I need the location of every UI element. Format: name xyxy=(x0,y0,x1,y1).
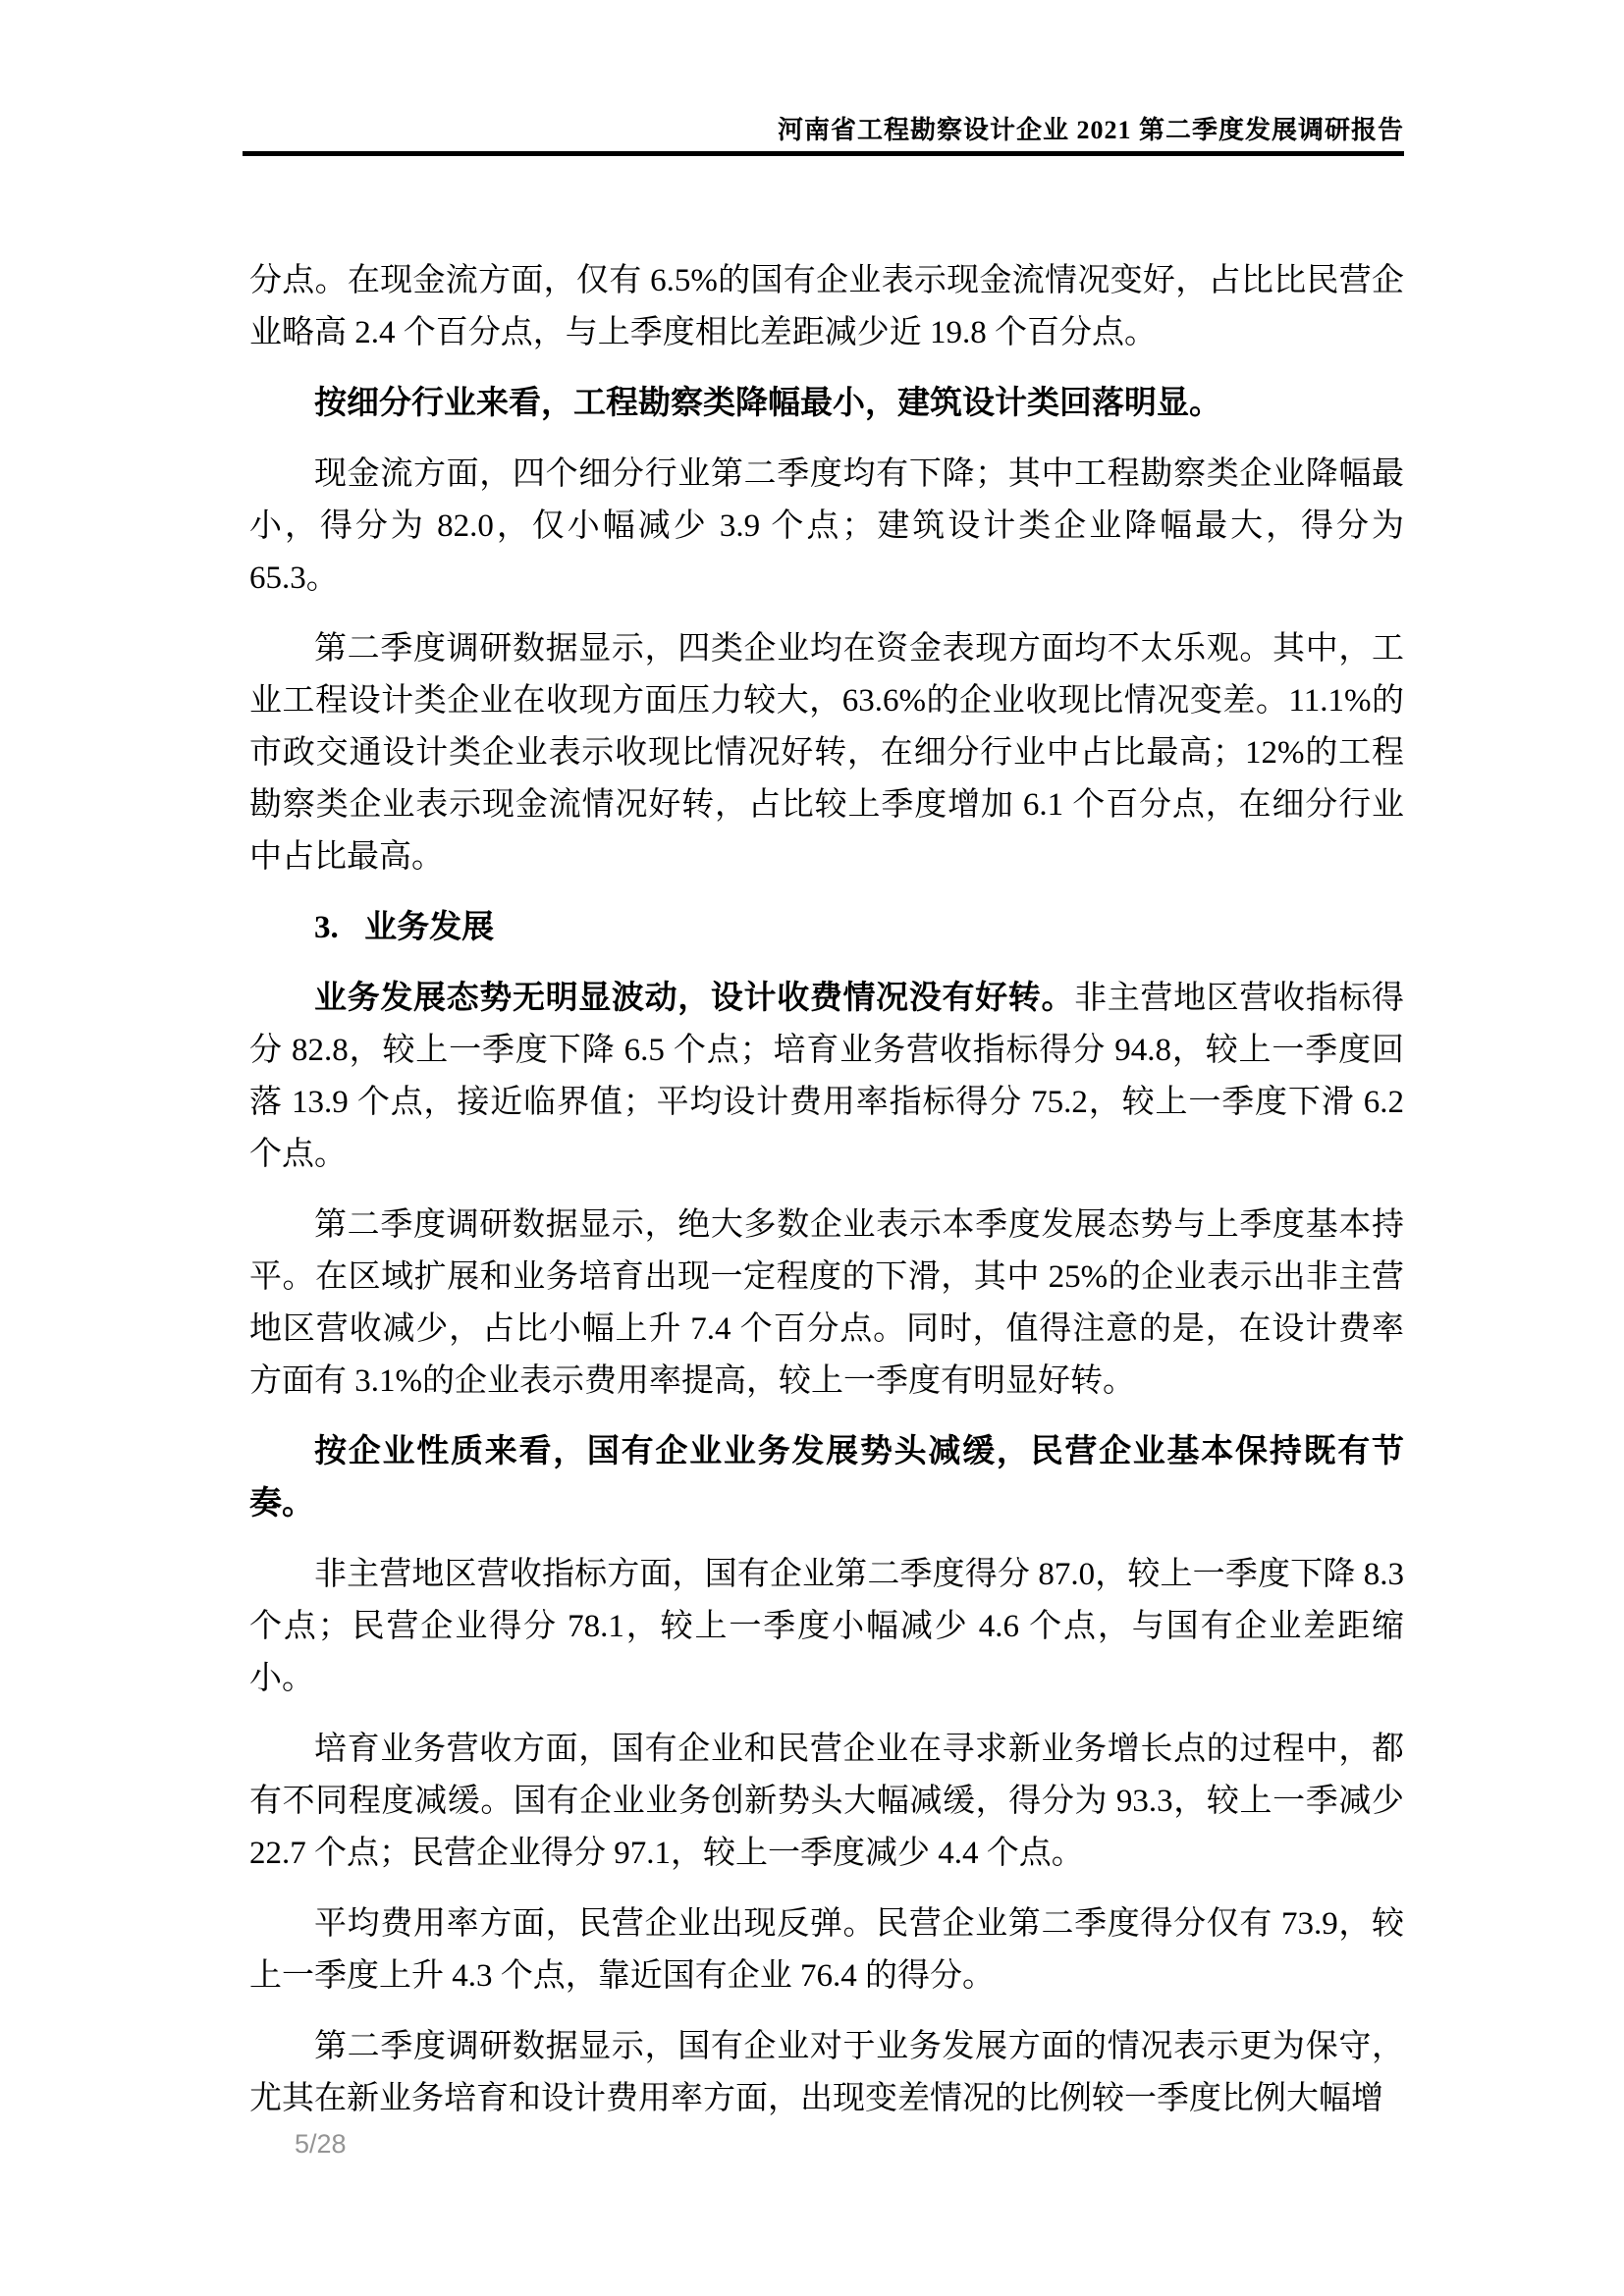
paragraph-cashflow-continued: 分点。在现金流方面，仅有 6.5%的国有企业表示现金流情况变好，占比比民营企业略… xyxy=(249,255,1404,359)
paragraph-average-fee-rate: 平均费用率方面，民营企业出现反弹。民营企业第二季度得分仅有 73.9，较上一季度… xyxy=(249,1898,1404,2002)
heading-ownership-comparison: 按企业性质来看，国有企业业务发展势头减缓，民营企业基本保持既有节奏。 xyxy=(249,1426,1404,1530)
section-title: 业务发展 xyxy=(364,910,494,945)
paragraph-cashflow-by-industry: 现金流方面，四个细分行业第二季度均有下降；其中工程勘察类企业降幅最小，得分为 8… xyxy=(249,449,1404,605)
footer-page-number: 5/28 xyxy=(295,2128,347,2160)
section-number: 3. xyxy=(314,910,339,945)
paragraph-business-development-overview: 业务发展态势无明显波动，设计收费情况没有好转。非主营地区营收指标得分 82.8，… xyxy=(249,973,1404,1181)
paragraph-q2-survey-conservative: 第二季度调研数据显示，国有企业对于业务发展方面的情况表示更为保守，尤其在新业务培… xyxy=(249,2021,1404,2125)
paragraph-q2-survey-capital: 第二季度调研数据显示，四类企业均在资金表现方面均不太乐观。其中，工业工程设计类企… xyxy=(249,623,1404,883)
section-heading-business-development: 3.业务发展 xyxy=(249,902,1404,954)
paragraph-q2-survey-business: 第二季度调研数据显示，绝大多数企业表示本季度发展态势与上季度基本持平。在区域扩展… xyxy=(249,1200,1404,1408)
paragraph-incubation-revenue: 培育业务营收方面，国有企业和民营企业在寻求新业务增长点的过程中，都有不同程度减缓… xyxy=(249,1724,1404,1880)
paragraph-non-core-revenue: 非主营地区营收指标方面，国有企业第二季度得分 87.0，较上一季度下降 8.3 … xyxy=(249,1549,1404,1705)
document-body: 分点。在现金流方面，仅有 6.5%的国有企业表示现金流情况变好，占比比民营企业略… xyxy=(249,255,1404,2144)
header-rule xyxy=(243,151,1404,156)
heading-industry-breakdown: 按细分行业来看，工程勘察类降幅最小，建筑设计类回落明显。 xyxy=(249,378,1404,430)
business-development-lead-bold: 业务发展态势无明显波动，设计收费情况没有好转。 xyxy=(314,981,1074,1016)
header-title: 河南省工程勘察设计企业 2021 第二季度发展调研报告 xyxy=(243,114,1404,147)
page: 河南省工程勘察设计企业 2021 第二季度发展调研报告 分点。在现金流方面，仅有… xyxy=(0,0,1624,2296)
